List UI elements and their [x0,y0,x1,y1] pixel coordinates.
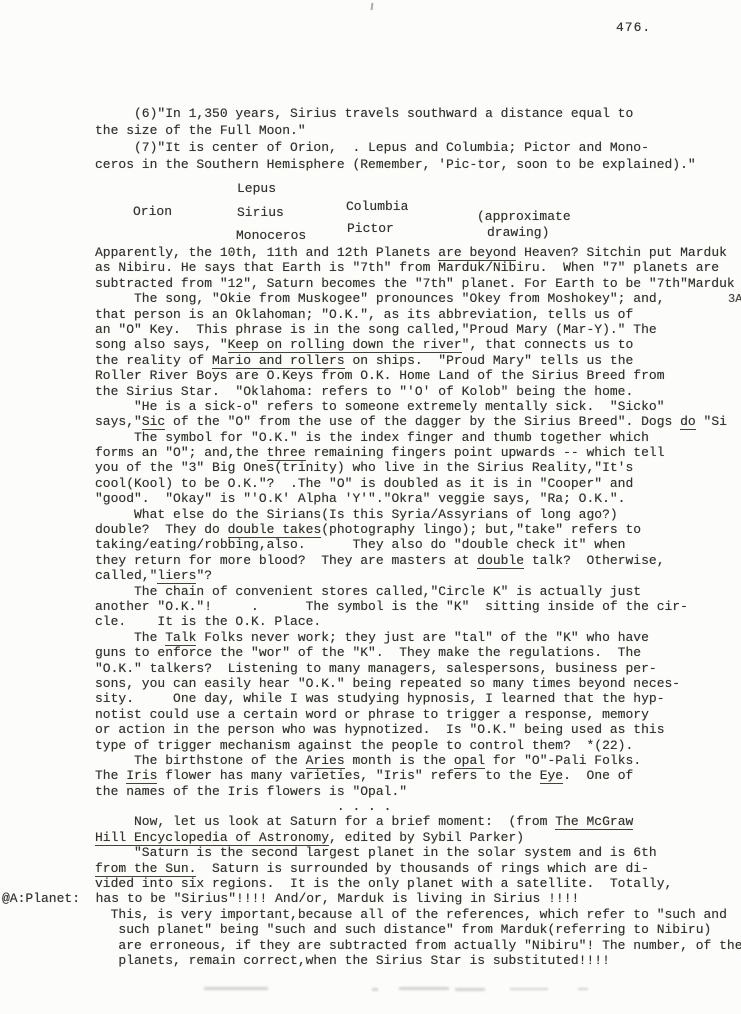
text-line: sity. One day, while I was studying hypn… [95,691,741,706]
text-line: ceros in the Southern Hemisphere (Rememb… [95,157,696,174]
intro-paragraphs: (6)"In 1,350 years, Sirius travels south… [95,106,696,174]
scan-artifact [510,988,548,990]
text-line: The birthstone of the Aries month is the… [95,753,741,768]
text-line: "O.K." talkers? Listening to many manage… [95,661,741,676]
text-line: Apparently, the 10th, 11th and 12th Plan… [95,245,741,260]
text-line: the names of the Iris flowers is "Opal." [95,784,741,799]
diagram-label-pictor: Pictor [347,221,394,236]
text-line: called,"liers"? [95,568,741,583]
text-line: type of trigger mechanism against the pe… [95,738,741,753]
text-line: you of the "3" Big Ones(trinity) who liv… [95,460,741,475]
text-line: What else do the Sirians(Is this Syria/A… [95,507,741,522]
scan-artifact [204,987,268,990]
text-line: the Sirius Star. "Oklahoma: refers to "'… [95,384,741,399]
text-line: they return for more blood? They are mas… [95,553,741,568]
text-line: says,"Sic of the "O" from the use of the… [95,414,741,429]
text-line: Hill Encyclopedia of Astronomy, edited b… [95,830,741,845]
text-line: cool(Kool) to be O.K."? .The "O" is doub… [95,476,741,491]
text-line: are erroneous, if they are subtracted fr… [95,938,741,953]
diagram-label-sirius: Sirius [237,205,284,220]
text-line: "He is a sick-o" refers to someone extre… [95,399,741,414]
text-line: another "O.K."! . The symbol is the "K" … [95,599,741,614]
text-line: The Iris flower has many varieties, "Iri… [95,768,741,783]
scan-artifact [578,988,588,990]
text-line: taking/eating/robbing,also. They also do… [95,537,741,552]
text-line: cle. It is the O.K. Place. [95,614,741,629]
text-line: The Talk Folks never work; they just are… [95,630,741,645]
scan-artifact [455,988,485,991]
scan-artifact [399,987,449,990]
text-line: or action in the person who was hypnotiz… [95,722,741,737]
text-line: the reality of Mario and rollers on ship… [95,353,741,368]
text-line: . . . . [95,799,741,814]
text-line: song also says, "Keep on rolling down th… [95,337,741,352]
text-line: the size of the Full Moon." [95,123,696,140]
scan-artifact [372,988,378,991]
text-line: "Saturn is the second largest planet in … [95,845,741,860]
diagram-label-lepus: Lepus [237,181,276,196]
text-line: vided into six regions. It is the only p… [95,876,741,891]
text-line: sons, you can easily hear "O.K." being r… [95,676,741,691]
document-page: 476. (6)"In 1,350 years, Sirius travels … [0,0,741,1014]
diagram-label-monoceros: Monoceros [236,228,306,243]
text-line: (6)"In 1,350 years, Sirius travels south… [95,106,696,123]
page-number: 476. [616,20,651,35]
text-line: subtracted from "12", Saturn becomes the… [95,276,741,291]
text-line: that person is an Oklahoman; "O.K.", as … [95,307,741,322]
text-line: an "O" Key. This phrase is in the song c… [95,322,741,337]
text-line: The song, "Okie from Muskogee" pronounce… [95,291,741,306]
text-line: forms an "O"; and,the three remaining fi… [95,445,741,460]
text-line: The symbol for "O.K." is the index finge… [95,430,741,445]
text-line: (7)"It is center of Orion, . Lepus and C… [95,140,696,157]
text-line: from the Sun. Saturn is surrounded by th… [95,861,741,876]
scan-artifact [371,3,374,10]
text-line: notist could use a certain word or phras… [95,707,741,722]
text-line: guns to enforce the "wor" of the "K". Th… [95,645,741,660]
text-line: as Nibiru. He says that Earth is "7th" f… [95,260,741,275]
diagram-label-drawing: drawing) [487,225,549,240]
text-line: The chain of convenient stores called,"C… [95,584,741,599]
diagram-label-columbia: Columbia [346,199,408,214]
text-line: planets, remain correct,when the Sirius … [95,953,741,968]
text-line: @A:Planet: has to be "Sirius"!!!! And/or… [2,891,741,906]
text-line: "good". "Okay" is "'O.K' Alpha 'Y'"."Okr… [95,491,741,506]
text-line: This, is very important,because all of t… [95,907,741,922]
diagram-label-orion: Orion [133,204,172,219]
text-line: Roller River Boys are O.Keys from O.K. H… [95,368,741,383]
text-line: such planet" being "such and such distan… [95,922,741,937]
diagram-label-approximate: (approximate [477,209,571,224]
body-paragraphs: Apparently, the 10th, 11th and 12th Plan… [95,245,741,968]
text-line: Now, let us look at Saturn for a brief m… [95,814,741,829]
text-line: double? They do double takes(photography… [95,522,741,537]
